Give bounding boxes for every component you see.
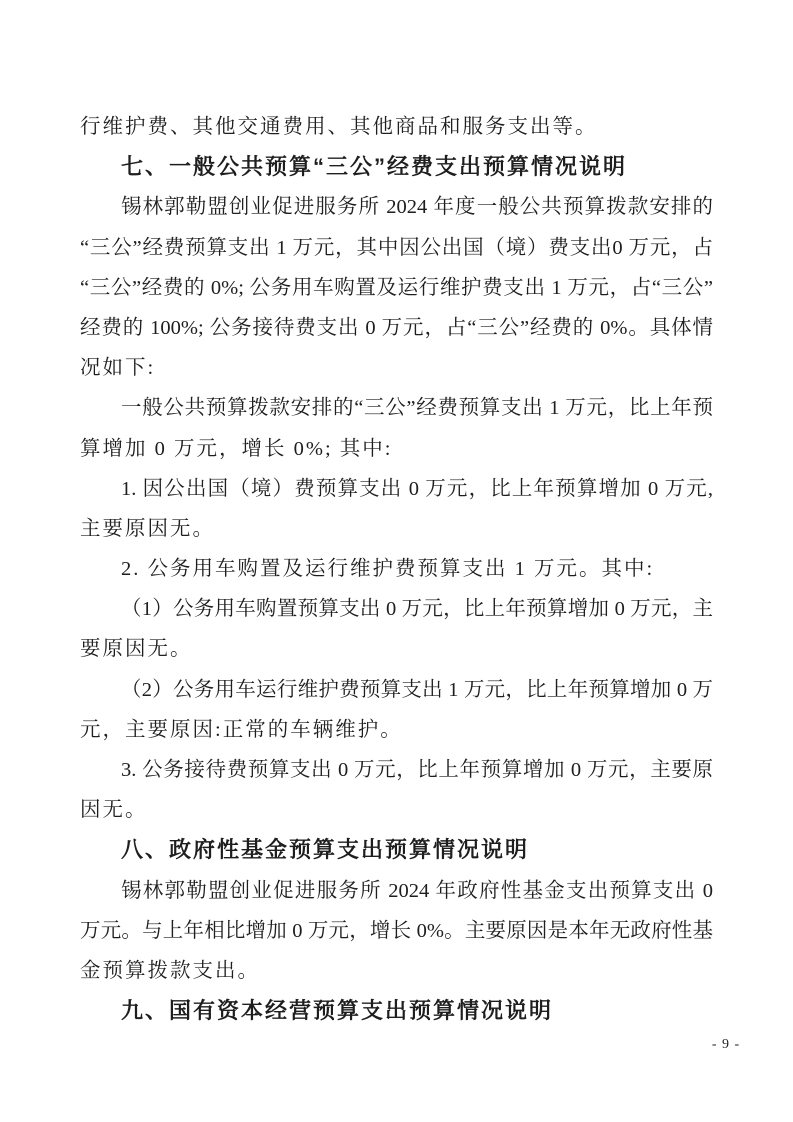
- text-line: 锡林郭勒盟创业促进服务所 2024 年度一般公共预算拨款安排的: [80, 187, 713, 227]
- paragraph: 行维护费、其他交通费用、其他商品和服务支出等。: [80, 107, 713, 147]
- paragraph: 3. 公务接待费预算支出 0 万元，比上年预算增加 0 万元，主要原因无。: [80, 750, 713, 830]
- text-line: 元，主要原因:正常的车辆维护。: [80, 710, 713, 750]
- text-line: 3. 公务接待费预算支出 0 万元，比上年预算增加 0 万元，主要原: [80, 750, 713, 790]
- section-heading: 七、一般公共预算“三公”经费支出预算情况说明: [80, 147, 713, 187]
- text-line: 1. 因公出国（境）费预算支出 0 万元，比上年预算增加 0 万元,: [80, 469, 713, 509]
- text-line: 主要原因无。: [80, 509, 713, 549]
- paragraph: 1. 因公出国（境）费预算支出 0 万元，比上年预算增加 0 万元,主要原因无。: [80, 469, 713, 549]
- document-body: 行维护费、其他交通费用、其他商品和服务支出等。七、一般公共预算“三公”经费支出预…: [80, 107, 713, 1031]
- text-line: 经费的 100%; 公务接待费支出 0 万元，占“三公”经费的 0%。具体情: [80, 308, 713, 348]
- text-line: 2. 公务用车购置及运行维护费预算支出 1 万元。其中:: [80, 549, 713, 589]
- paragraph: （1）公务用车购置预算支出 0 万元，比上年预算增加 0 万元，主要原因无。: [80, 589, 713, 669]
- paragraph: 锡林郭勒盟创业促进服务所 2024 年政府性基金支出预算支出 0万元。与上年相比…: [80, 871, 713, 992]
- paragraph: 锡林郭勒盟创业促进服务所 2024 年度一般公共预算拨款安排的“三公”经费预算支…: [80, 187, 713, 388]
- paragraph: 2. 公务用车购置及运行维护费预算支出 1 万元。其中:: [80, 549, 713, 589]
- text-line: “三公”经费预算支出 1 万元，其中因公出国（境）费支出0 万元，占: [80, 228, 713, 268]
- text-line: 七、一般公共预算“三公”经费支出预算情况说明: [80, 147, 713, 187]
- text-line: 因无。: [80, 790, 713, 830]
- text-line: 况如下:: [80, 348, 713, 388]
- text-line: 一般公共预算拨款安排的“三公”经费预算支出 1 万元，比上年预: [80, 388, 713, 428]
- text-line: 金预算拨款支出。: [80, 951, 713, 991]
- text-line: 九、国有资本经营预算支出预算情况说明: [80, 991, 713, 1031]
- text-line: （1）公务用车购置预算支出 0 万元，比上年预算增加 0 万元，主: [80, 589, 713, 629]
- text-line: 要原因无。: [80, 629, 713, 669]
- text-line: 行维护费、其他交通费用、其他商品和服务支出等。: [80, 107, 713, 147]
- text-line: “三公”经费的 0%; 公务用车购置及运行维护费支出 1 万元，占“三公”: [80, 268, 713, 308]
- text-line: 算增加 0 万元，增长 0%; 其中:: [80, 429, 713, 469]
- text-line: 锡林郭勒盟创业促进服务所 2024 年政府性基金支出预算支出 0: [80, 871, 713, 911]
- section-heading: 九、国有资本经营预算支出预算情况说明: [80, 991, 713, 1031]
- paragraph: （2）公务用车运行维护费预算支出 1 万元，比上年预算增加 0 万元，主要原因:…: [80, 670, 713, 750]
- text-line: （2）公务用车运行维护费预算支出 1 万元，比上年预算增加 0 万: [80, 670, 713, 710]
- text-line: 八、政府性基金预算支出预算情况说明: [80, 830, 713, 870]
- paragraph: 一般公共预算拨款安排的“三公”经费预算支出 1 万元，比上年预算增加 0 万元，…: [80, 388, 713, 468]
- text-line: 万元。与上年相比增加 0 万元，增长 0%。主要原因是本年无政府性基: [80, 911, 713, 951]
- page-number: - 9 -: [696, 1037, 756, 1053]
- section-heading: 八、政府性基金预算支出预算情况说明: [80, 830, 713, 870]
- document-page: 行维护费、其他交通费用、其他商品和服务支出等。七、一般公共预算“三公”经费支出预…: [0, 0, 793, 1122]
